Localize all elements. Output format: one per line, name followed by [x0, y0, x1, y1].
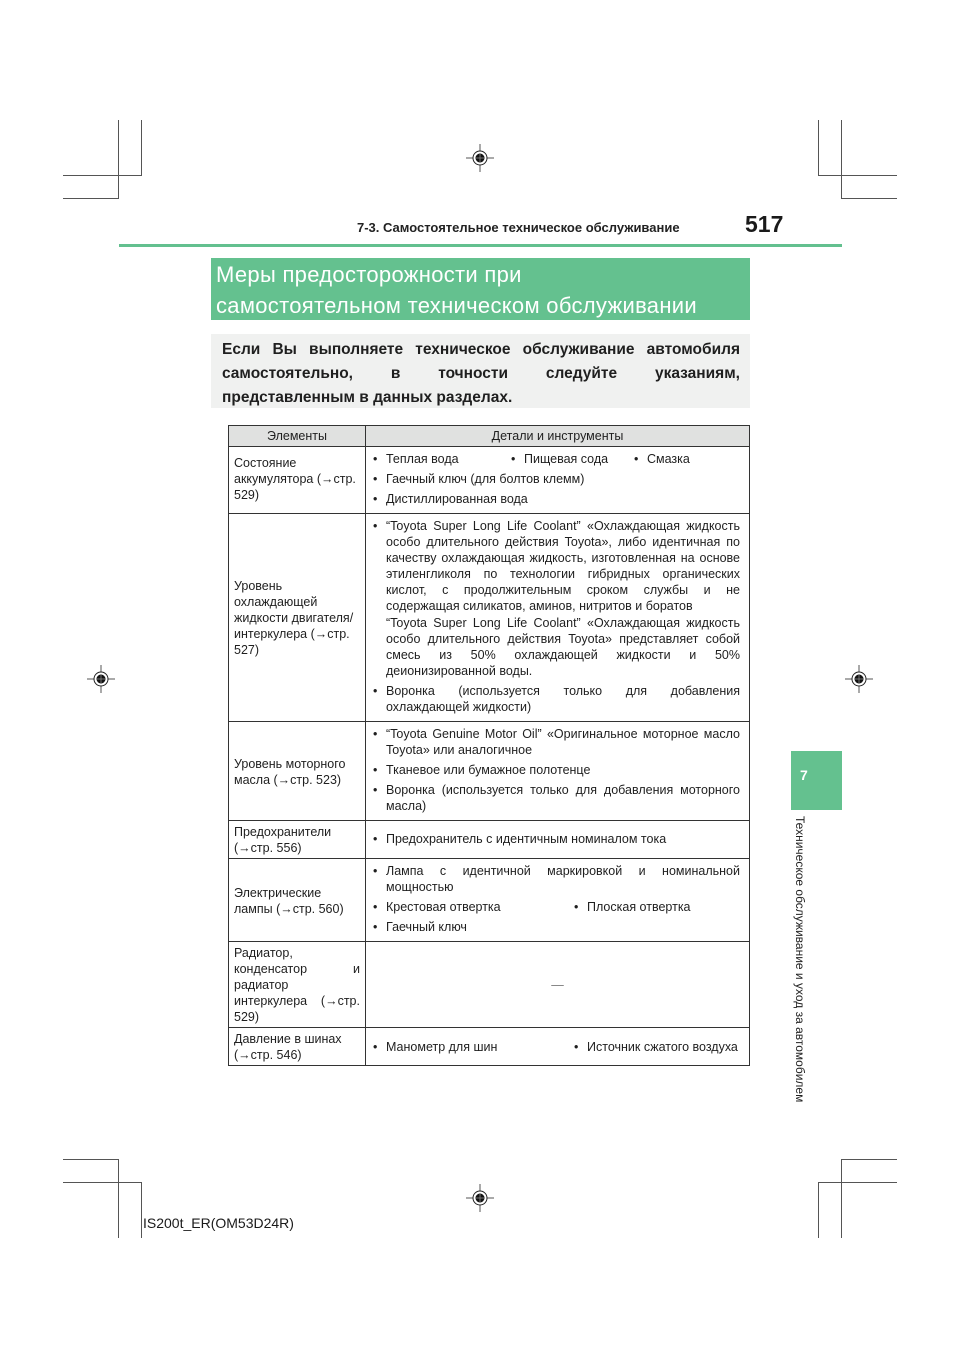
header-rule: [119, 244, 842, 247]
split-bullets: Манометр для шин Источник сжатого воздух…: [373, 1039, 740, 1055]
crop-mark: [818, 1182, 897, 1183]
inline-bullets: Теплая вода Пищевая сода Смазка: [373, 451, 740, 467]
detail-bullet: Смазка: [634, 451, 690, 467]
item-cell: Уровень моторного масла (→стр. 523): [229, 722, 366, 821]
details-cell: Теплая вода Пищевая сода Смазка Гаечный …: [366, 447, 750, 514]
crop-mark: [841, 120, 842, 199]
detail-bullet: Дистиллированная вода: [373, 491, 740, 507]
table-row: Состояние аккумулятора (→стр. 529) Тепла…: [229, 447, 750, 514]
crop-mark: [63, 1159, 119, 1160]
item-label: Состояние аккумулятора (→стр. 529): [234, 456, 356, 502]
table-row: Радиатор, конденсатор и радиатор интерку…: [229, 942, 750, 1028]
chapter-tab: 7: [791, 751, 842, 810]
crop-mark: [818, 120, 819, 176]
intro-box: Если Вы выполняете техническое обслужива…: [211, 334, 750, 408]
crop-mark: [841, 198, 897, 199]
details-cell: Лампа с идентичной маркировкой и номинал…: [366, 859, 750, 942]
detail-bullet: Гаечный ключ: [373, 919, 740, 935]
item-label: Уровень охлаждающей жидкости двигателя/ …: [234, 579, 353, 657]
crop-mark: [118, 1159, 119, 1238]
item-cell: Уровень охлаждающей жидкости двигателя/ …: [229, 514, 366, 722]
table-row: Предохранители (→стр. 556) Предохранител…: [229, 821, 750, 859]
intro-line: самостоятельно, в точности следуйте указ…: [222, 362, 740, 386]
item-cell: Электрические лампы (→стр. 560): [229, 859, 366, 942]
inline-bullets: Крестовая отвертка Плоская отвертка: [373, 899, 740, 915]
item-label: Электрические лампы (→стр. 560): [234, 886, 344, 916]
detail-bullet: Манометр для шин: [373, 1039, 574, 1055]
crop-mark: [63, 1182, 142, 1183]
detail-bullet: “Toyota Genuine Motor Oil” «Оригинальное…: [373, 726, 740, 758]
details-cell: Манометр для шин Источник сжатого воздух…: [366, 1028, 750, 1066]
crop-mark: [63, 175, 142, 176]
section-title: Меры предосторожности при самостоятельно…: [211, 258, 750, 320]
detail-bullet: Воронка (используется только для добавле…: [373, 683, 740, 715]
column-header-items: Элементы: [229, 426, 366, 447]
detail-bullet: Теплая вода: [373, 451, 511, 467]
crop-mark: [818, 1182, 819, 1238]
intro-line: Если Вы выполняете техническое обслужива…: [222, 338, 740, 362]
running-head: 7-3. Самостоятельное техническое обслужи…: [357, 220, 680, 235]
details-cell: “Toyota Genuine Motor Oil” «Оригинальное…: [366, 722, 750, 821]
details-cell: —: [366, 942, 750, 1028]
chapter-number: 7: [800, 767, 808, 783]
detail-bullet: Крестовая отвертка: [373, 899, 574, 915]
intro-line: представленным в данных разделах.: [222, 386, 740, 410]
detail-bullet: “Toyota Super Long Life Coolant” «Охлажд…: [373, 518, 740, 614]
crop-mark: [141, 120, 142, 176]
table-row: Уровень охлаждающей жидкости двигателя/ …: [229, 514, 750, 722]
chapter-label: Техническое обслуживание и уход за автом…: [789, 816, 807, 1106]
table-row: Давление в шинах (→стр. 546) Манометр дл…: [229, 1028, 750, 1066]
item-label: Давление в шинах (→стр. 546): [234, 1032, 342, 1062]
detail-bullet: Источник сжатого воздуха: [574, 1039, 740, 1055]
detail-bullet: Предохранитель с идентичным номиналом то…: [373, 831, 740, 847]
crop-mark: [841, 1159, 897, 1160]
table-row: Электрические лампы (→стр. 560) Лампа с …: [229, 859, 750, 942]
detail-bullet-text: Источник сжатого воздуха: [587, 1039, 740, 1055]
table-header-row: Элементы Детали и инструменты: [229, 426, 750, 447]
crop-mark: [118, 120, 119, 199]
detail-bullet: Воронка (используется только для добавле…: [373, 782, 740, 814]
registration-target-icon: [466, 144, 494, 172]
crop-mark: [818, 175, 897, 176]
detail-bullet: Плоская отвертка: [574, 899, 691, 915]
detail-continuation: “Toyota Super Long Life Coolant” «Охлажд…: [373, 615, 740, 679]
details-cell: Предохранитель с идентичным номиналом то…: [366, 821, 750, 859]
registration-target-icon: [466, 1184, 494, 1212]
detail-bullet: Лампа с идентичной маркировкой и номинал…: [373, 863, 740, 895]
document-code: IS200t_ER(OM53D24R): [143, 1215, 294, 1231]
column-header-details: Детали и инструменты: [366, 426, 750, 447]
crop-mark: [141, 1182, 142, 1238]
item-cell: Состояние аккумулятора (→стр. 529): [229, 447, 366, 514]
table-row: Уровень моторного масла (→стр. 523) “Toy…: [229, 722, 750, 821]
crop-mark: [841, 1159, 842, 1238]
item-cell: Предохранители (→стр. 556): [229, 821, 366, 859]
detail-bullet: Тканевое или бумажное полотенце: [373, 762, 740, 778]
crop-mark: [63, 198, 119, 199]
item-label: Предохранители (→стр. 556): [234, 825, 331, 855]
section-title-line: самостоятельном техническом обслуживании: [216, 290, 750, 321]
item-cell: Давление в шинах (→стр. 546): [229, 1028, 366, 1066]
detail-bullet: Гаечный ключ (для болтов клемм): [373, 471, 740, 487]
item-label: Радиатор, конденсатор и радиатор интерку…: [234, 946, 360, 1024]
section-title-line: Меры предосторожности при: [216, 259, 750, 290]
details-cell: “Toyota Super Long Life Coolant” «Охлажд…: [366, 514, 750, 722]
registration-target-icon: [87, 665, 115, 693]
item-cell: Радиатор, конденсатор и радиатор интерку…: [229, 942, 366, 1028]
registration-target-icon: [845, 665, 873, 693]
detail-bullet: Пищевая сода: [511, 451, 634, 467]
item-label: Уровень моторного масла (→стр. 523): [234, 757, 345, 787]
parts-tools-table: Элементы Детали и инструменты Состояние …: [228, 425, 750, 1066]
page-number: 517: [745, 211, 783, 238]
empty-dash: —: [551, 978, 564, 992]
